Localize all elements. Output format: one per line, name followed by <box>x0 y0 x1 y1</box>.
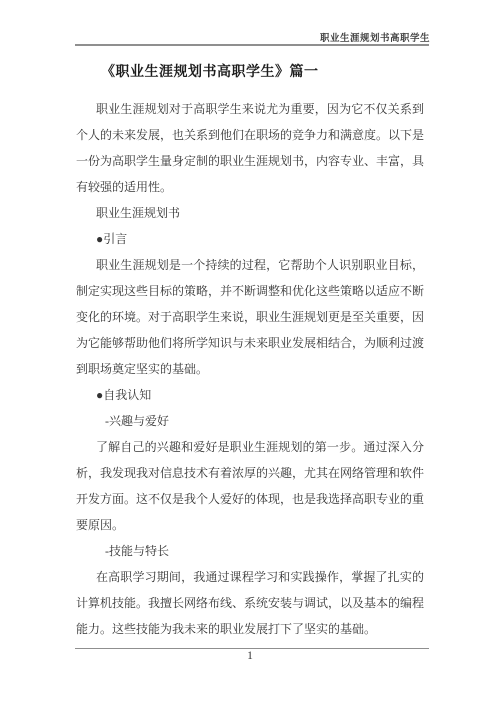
text-line: 计算机技能。我擅长网络布线、系统安装与调试，以及基本的编程 <box>76 590 424 616</box>
document-page: 职业生涯规划书高职学生 《职业生涯规划书高职学生》篇一 职业生涯规划对于高职学生… <box>0 0 500 707</box>
text-line: 一份为高职学生量身定制的职业生涯规划书，内容专业、丰富，具 <box>76 148 424 174</box>
text-line: 能力。这些技能为我未来的职业发展打下了坚实的基础。 <box>76 616 424 642</box>
header-rule <box>75 44 429 46</box>
text-line: 为它能够帮助他们将所学知识与未来职业发展相结合，为顺利过渡 <box>76 330 424 356</box>
text-line: -兴趣与爱好 <box>76 408 424 434</box>
document-body: 职业生涯规划对于高职学生来说尤为重要，因为它不仅关系到个人的未来发展，也关系到他… <box>76 96 424 642</box>
text-line: -技能与特长 <box>76 538 424 564</box>
text-line: 析，我发现我对信息技术有着浓厚的兴趣，尤其在网络管理和软件 <box>76 460 424 486</box>
text-line: 在高职学习期间，我通过课程学习和实践操作，掌握了扎实的 <box>76 564 424 590</box>
text-line: 职业生涯规划对于高职学生来说尤为重要，因为它不仅关系到 <box>76 96 424 122</box>
text-line: ●自我认知 <box>76 382 424 408</box>
running-header-text: 职业生涯规划书高职学生 <box>320 30 430 44</box>
text-line: 职业生涯规划是一个持续的过程，它帮助个人识别职业目标， <box>76 252 424 278</box>
document-title: 《职业生涯规划书高职学生》篇一 <box>101 61 319 81</box>
text-line: 职业生涯规划书 <box>76 200 424 226</box>
text-line: 到职场奠定坚实的基础。 <box>76 356 424 382</box>
text-line: 开发方面。这不仅是我个人爱好的体现，也是我选择高职专业的重 <box>76 486 424 512</box>
text-line: 要原因。 <box>76 512 424 538</box>
text-line: 了解自己的兴趣和爱好是职业生涯规划的第一步。通过深入分 <box>76 434 424 460</box>
text-line: 有较强的适用性。 <box>76 174 424 200</box>
text-line: ●引言 <box>76 226 424 252</box>
page-number: 1 <box>0 650 500 662</box>
text-line: 制定实现这些目标的策略，并不断调整和优化这些策略以适应不断 <box>76 278 424 304</box>
text-line: 变化的环境。对于高职学生来说，职业生涯规划更是至关重要，因 <box>76 304 424 330</box>
footer-rule <box>75 648 429 649</box>
text-line: 个人的未来发展，也关系到他们在职场的竞争力和满意度。以下是 <box>76 122 424 148</box>
